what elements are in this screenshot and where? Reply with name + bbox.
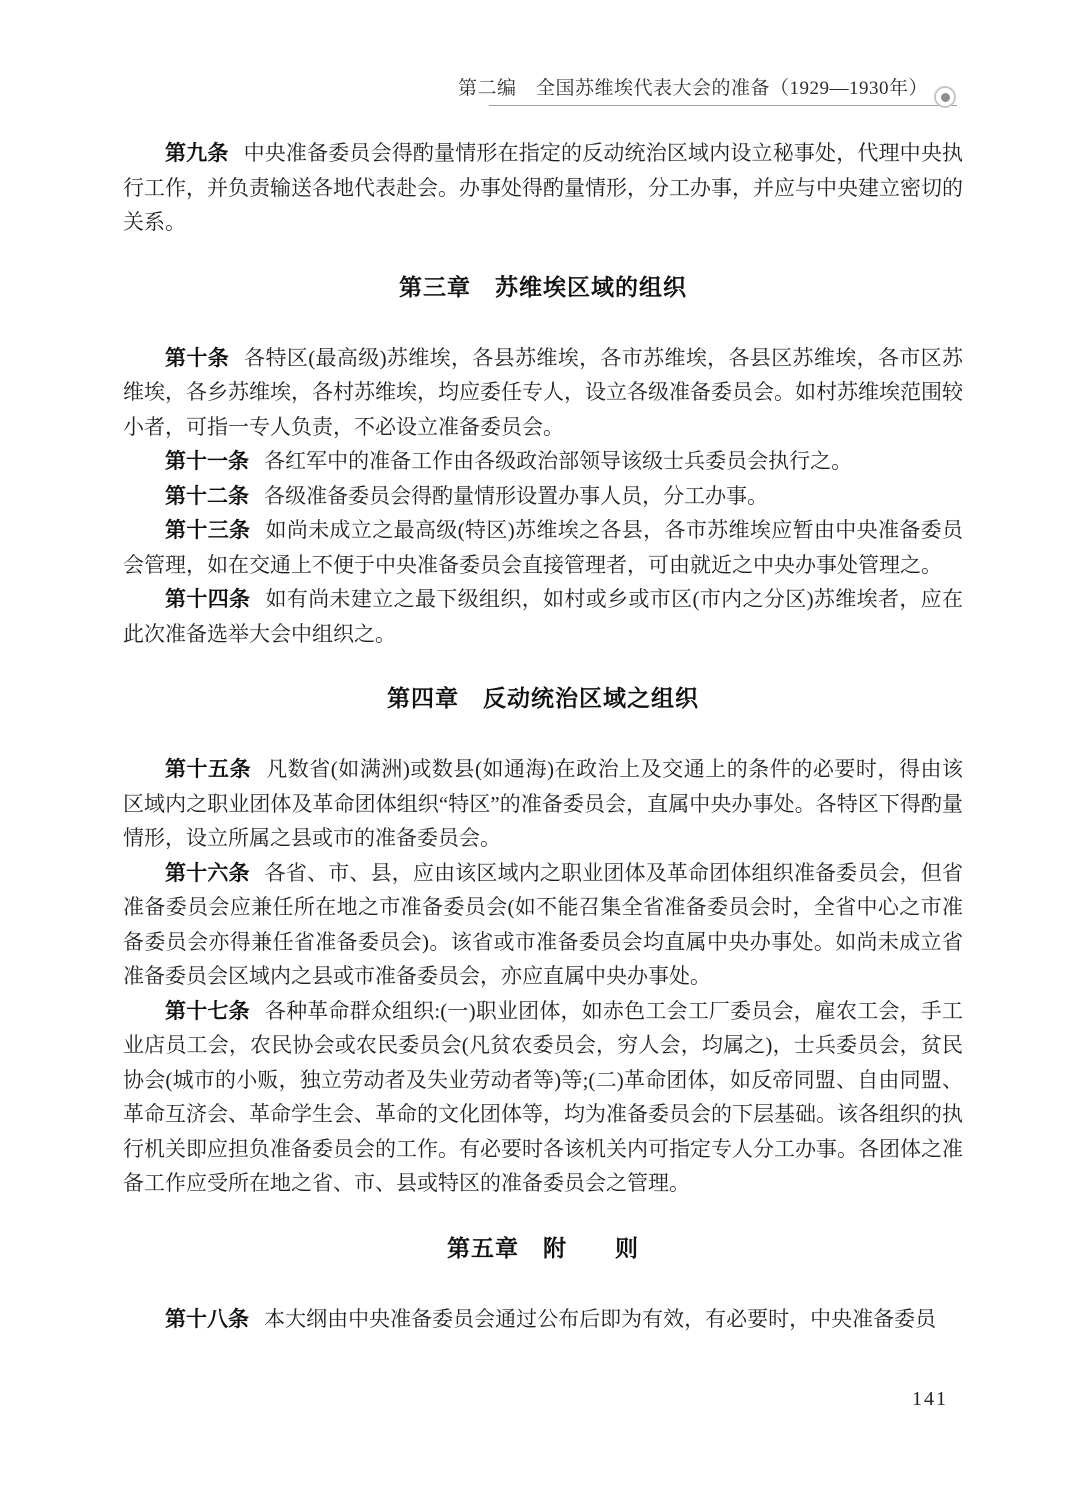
article-paragraph-9: 第九条中央准备委员会得酌量情形在指定的反动统治区域内设立秘事处，代理中央执行工作… — [123, 136, 963, 240]
article-number-label: 第九条 — [165, 141, 229, 165]
article-number-label: 第十条 — [165, 346, 229, 370]
article-number-label: 第十二条 — [165, 484, 249, 508]
article-text: 各红军中的准备工作由各级政治部领导该级士兵委员会执行之。 — [264, 449, 852, 473]
article-text: 各特区(最高级)苏维埃，各县苏维埃，各市苏维埃，各县区苏维埃，各市区苏维埃，各乡… — [123, 346, 963, 439]
article-number-label: 第十五条 — [165, 757, 251, 781]
article-paragraph-13: 第十三条如尚未成立之最高级(特区)苏维埃之各县，各市苏维埃应暂由中央准备委员会管… — [123, 513, 963, 582]
article-number-label: 第十八条 — [165, 1307, 249, 1331]
article-text: 各级准备委员会得酌量情形设置办事人员，分工办事。 — [264, 484, 768, 508]
chapter-heading-4: 第四章 反动统治区域之组织 — [123, 687, 963, 711]
article-paragraph-18: 第十八条本大纲由中央准备委员会通过公布后即为有效，有必要时，中央准备委员 — [123, 1302, 963, 1337]
article-paragraph-12: 第十二条各级准备委员会得酌量情形设置办事人员，分工办事。 — [123, 479, 963, 514]
section-marker-dot — [941, 93, 950, 102]
chapter-heading-5: 第五章 附 则 — [123, 1237, 963, 1261]
section-marker-icon — [934, 86, 956, 108]
article-text: 各种革命群众组织:(一)职业团体，如赤色工会工厂委员会，雇农工会，手工业店员工会… — [123, 999, 963, 1196]
page-number: 141 — [912, 1388, 948, 1411]
article-number-label: 第十三条 — [165, 518, 250, 542]
body-content: 第九条中央准备委员会得酌量情形在指定的反动统治区域内设立秘事处，代理中央执行工作… — [123, 136, 963, 1336]
running-head-rule — [489, 105, 957, 106]
article-text: 中央准备委员会得酌量情形在指定的反动统治区域内设立秘事处，代理中央执行工作，并负… — [123, 141, 963, 234]
chapter-heading-3: 第三章 苏维埃区域的组织 — [123, 276, 963, 300]
article-paragraph-14: 第十四条如有尚未建立之最下级组织，如村或乡或市区(市内之分区)苏维埃者，应在此次… — [123, 582, 963, 651]
article-paragraph-10: 第十条各特区(最高级)苏维埃，各县苏维埃，各市苏维埃，各县区苏维埃，各市区苏维埃… — [123, 341, 963, 445]
running-head-title: 第二编 全国苏维埃代表大会的准备（1929—1930年） — [458, 77, 928, 101]
article-paragraph-11: 第十一条各红军中的准备工作由各级政治部领导该级士兵委员会执行之。 — [123, 444, 963, 479]
article-number-label: 第十四条 — [165, 587, 250, 611]
article-paragraph-17: 第十七条各种革命群众组织:(一)职业团体，如赤色工会工厂委员会，雇农工会，手工业… — [123, 994, 963, 1201]
article-paragraph-15: 第十五条凡数省(如满洲)或数县(如通海)在政治上及交通上的条件的必要时，得由该区… — [123, 752, 963, 856]
article-paragraph-16: 第十六条各省、市、县，应由该区域内之职业团体及革命团体组织准备委员会，但省准备委… — [123, 856, 963, 994]
book-page: 第二编 全国苏维埃代表大会的准备（1929—1930年） 第九条中央准备委员会得… — [0, 0, 1083, 1508]
article-number-label: 第十六条 — [165, 861, 250, 885]
article-number-label: 第十七条 — [165, 999, 250, 1023]
article-number-label: 第十一条 — [165, 449, 249, 473]
article-text: 本大纲由中央准备委员会通过公布后即为有效，有必要时，中央准备委员 — [264, 1307, 936, 1331]
